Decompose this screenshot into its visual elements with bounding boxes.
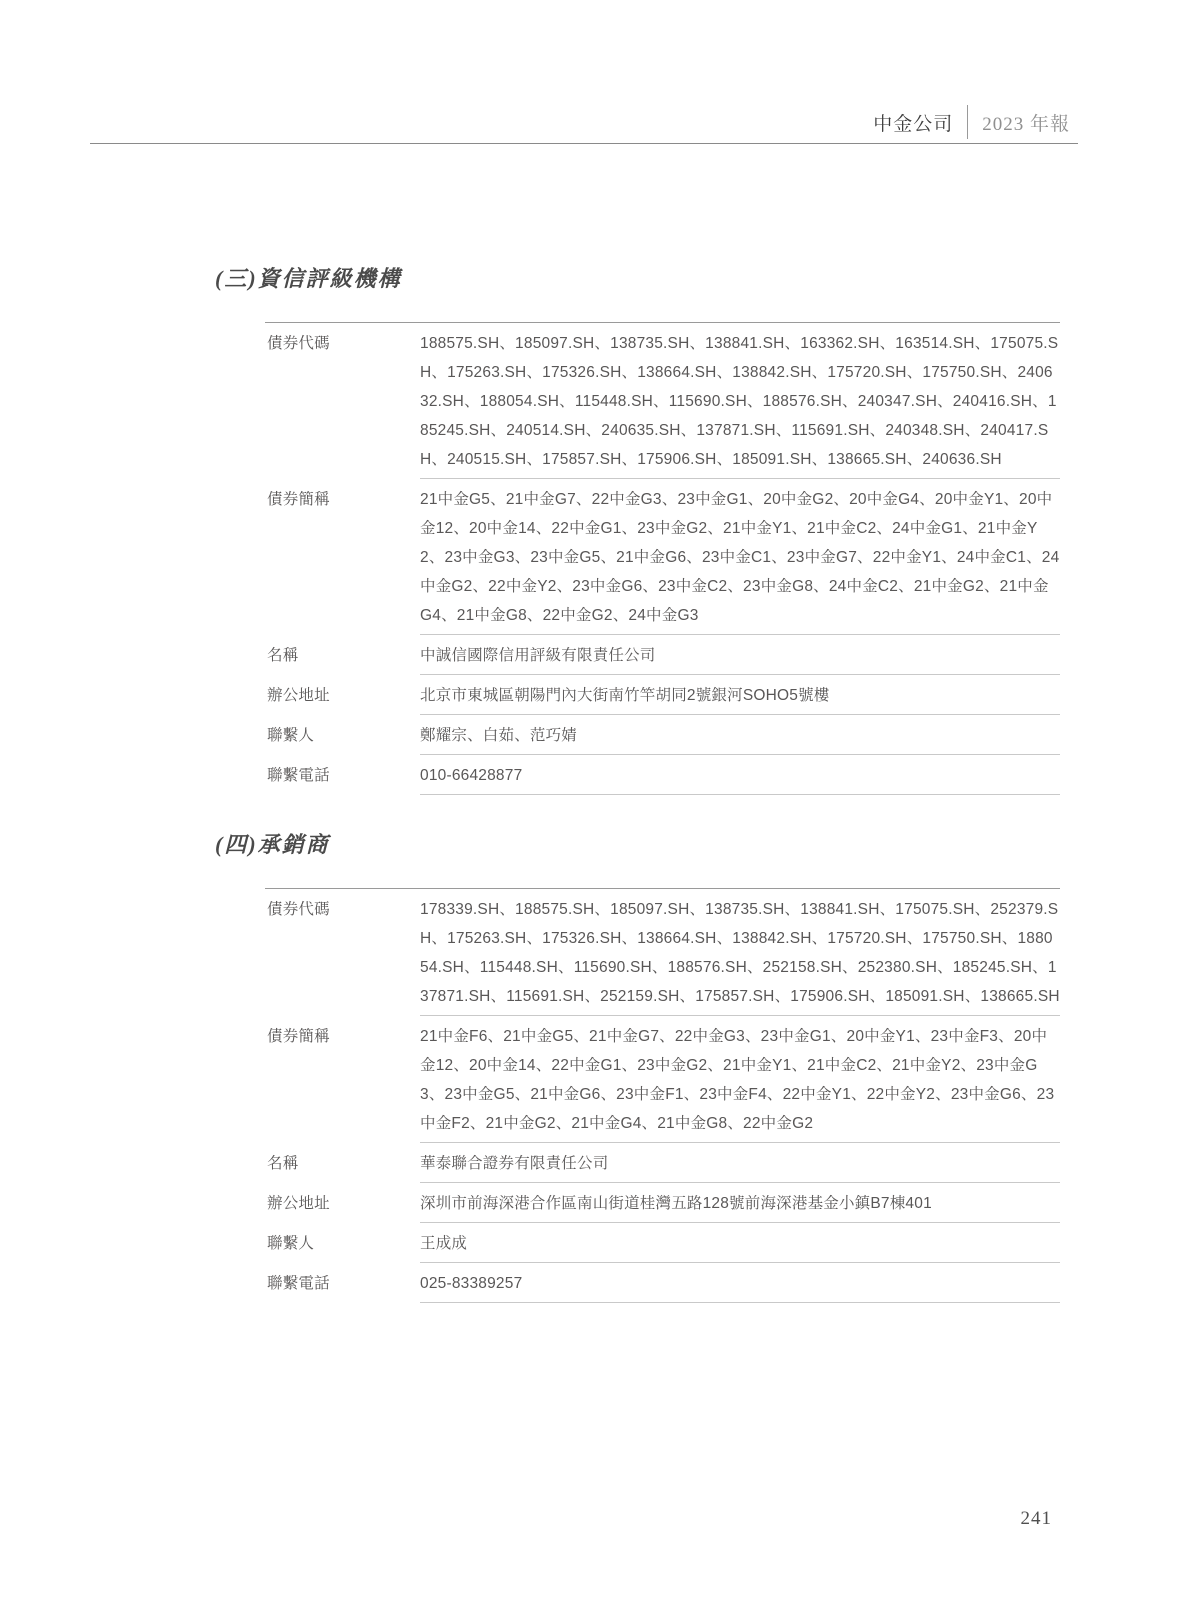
- row-value: 21中金F6、21中金G5、21中金G7、22中金G3、23中金G1、20中金Y…: [420, 1016, 1060, 1143]
- section-title-credit-rating-agency: (三)資信評級機構: [215, 262, 402, 293]
- row-contact-phone: 聯繫電話 025-83389257: [265, 1263, 1060, 1303]
- header-divider: [967, 105, 968, 139]
- row-name: 名稱 華泰聯合證券有限責任公司: [265, 1143, 1060, 1183]
- row-value: 188575.SH、185097.SH、138735.SH、138841.SH、…: [420, 323, 1060, 479]
- row-label: 債券代碼: [265, 889, 420, 1016]
- row-label: 辦公地址: [265, 675, 420, 715]
- credit-rating-agency-table: 債券代碼 188575.SH、185097.SH、138735.SH、13884…: [265, 322, 1060, 795]
- row-bond-code: 債券代碼 178339.SH、188575.SH、185097.SH、13873…: [265, 889, 1060, 1016]
- row-label: 聯繫人: [265, 715, 420, 755]
- row-bond-abbreviation: 債券簡稱 21中金G5、21中金G7、22中金G3、23中金G1、20中金G2、…: [265, 479, 1060, 635]
- row-bond-code: 債券代碼 188575.SH、185097.SH、138735.SH、13884…: [265, 323, 1060, 479]
- row-contact-phone: 聯繫電話 010-66428877: [265, 755, 1060, 795]
- row-value: 王成成: [420, 1223, 1060, 1263]
- page-header: 中金公司 2023 年報: [873, 103, 1070, 141]
- row-value: 鄭耀宗、白茹、范巧婧: [420, 715, 1060, 755]
- row-value: 178339.SH、188575.SH、185097.SH、138735.SH、…: [420, 889, 1060, 1016]
- header-edition: 2023 年報: [982, 109, 1070, 136]
- row-label: 辦公地址: [265, 1183, 420, 1223]
- section-title-underwriter: (四)承銷商: [215, 828, 330, 859]
- row-label: 聯繫電話: [265, 1263, 420, 1303]
- row-value: 21中金G5、21中金G7、22中金G3、23中金G1、20中金G2、20中金G…: [420, 479, 1060, 635]
- header-rule: [90, 143, 1078, 144]
- row-label: 債券簡稱: [265, 1016, 420, 1143]
- row-bond-abbreviation: 債券簡稱 21中金F6、21中金G5、21中金G7、22中金G3、23中金G1、…: [265, 1016, 1060, 1143]
- row-contact-person: 聯繫人 王成成: [265, 1223, 1060, 1263]
- row-value: 中誠信國際信用評級有限責任公司: [420, 635, 1060, 675]
- row-label: 債券代碼: [265, 323, 420, 479]
- row-value: 深圳市前海深港合作區南山街道桂灣五路128號前海深港基金小鎮B7棟401: [420, 1183, 1060, 1223]
- row-name: 名稱 中誠信國際信用評級有限責任公司: [265, 635, 1060, 675]
- row-value: 010-66428877: [420, 755, 1060, 795]
- row-label: 聯繫電話: [265, 755, 420, 795]
- row-office-address: 辦公地址 深圳市前海深港合作區南山街道桂灣五路128號前海深港基金小鎮B7棟40…: [265, 1183, 1060, 1223]
- row-value: 華泰聯合證券有限責任公司: [420, 1143, 1060, 1183]
- page-number: 241: [1021, 1508, 1053, 1530]
- row-value: 北京市東城區朝陽門內大街南竹竿胡同2號銀河SOHO5號樓: [420, 675, 1060, 715]
- document-page: 中金公司 2023 年報 (三)資信評級機構 債券代碼 188575.SH、18…: [0, 0, 1190, 1615]
- underwriter-table: 債券代碼 178339.SH、188575.SH、185097.SH、13873…: [265, 888, 1060, 1303]
- row-label: 債券簡稱: [265, 479, 420, 635]
- row-label: 聯繫人: [265, 1223, 420, 1263]
- row-office-address: 辦公地址 北京市東城區朝陽門內大街南竹竿胡同2號銀河SOHO5號樓: [265, 675, 1060, 715]
- row-value: 025-83389257: [420, 1263, 1060, 1303]
- row-label: 名稱: [265, 635, 420, 675]
- row-contact-person: 聯繫人 鄭耀宗、白茹、范巧婧: [265, 715, 1060, 755]
- header-brand: 中金公司: [873, 109, 953, 136]
- row-label: 名稱: [265, 1143, 420, 1183]
